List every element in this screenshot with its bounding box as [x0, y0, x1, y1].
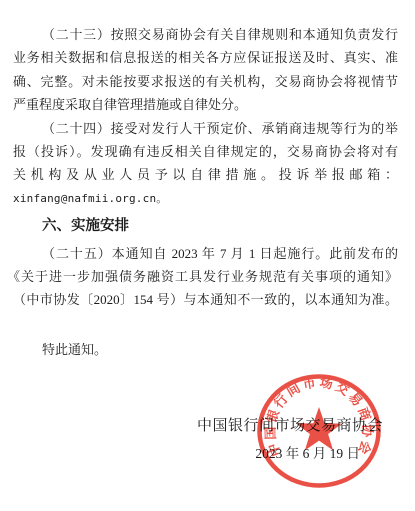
doc-line: （中市协发〔2020〕154 号）与本通知不一致的，以本通知为准。	[13, 288, 398, 311]
doc-line: （二十五）本通知自 2023 年 7 月 1 日起施行。此前发布的	[13, 242, 398, 265]
doc-line: 报（投诉）。发现确有违反相关自律规定的，交易商协会将对有	[13, 140, 398, 163]
doc-line: 《关于进一步加强债务融资工具发行业务规范有关事项的通知》	[7, 265, 398, 288]
document-page: （二十三）按照交易商协会有关自律规则和本通知负责发行 业务相关数据和信息报送的相…	[0, 0, 415, 511]
doc-line: 严重程度采取自律管理措施或自律处分。	[13, 93, 398, 116]
signature-date: 2023 年 6 月 19 日	[255, 442, 360, 462]
email-address: xinfang@nafmii.org.cn。	[13, 187, 398, 210]
signature-org: 中国银行间市场交易商协会	[197, 414, 383, 435]
doc-line: （二十三）按照交易商协会有关自律规则和本通知负责发行	[13, 23, 398, 46]
doc-line: 关机构及从业人员予以自律措施。投诉举报邮箱：	[13, 163, 398, 186]
closing-line: 特此通知。	[13, 338, 398, 361]
doc-line: 业务相关数据和信息报送的相关各方应保证报送及时、真实、准	[13, 46, 398, 69]
document-body: （二十三）按照交易商协会有关自律规则和本通知负责发行 业务相关数据和信息报送的相…	[13, 23, 398, 361]
doc-line: 确、完整。对未能按要求报送的有关机构，交易商协会将视情节	[13, 70, 398, 93]
doc-line: （二十四）接受对发行人干预定价、承销商违规等行为的举	[13, 117, 398, 140]
section-heading: 六、实施安排	[13, 215, 398, 238]
